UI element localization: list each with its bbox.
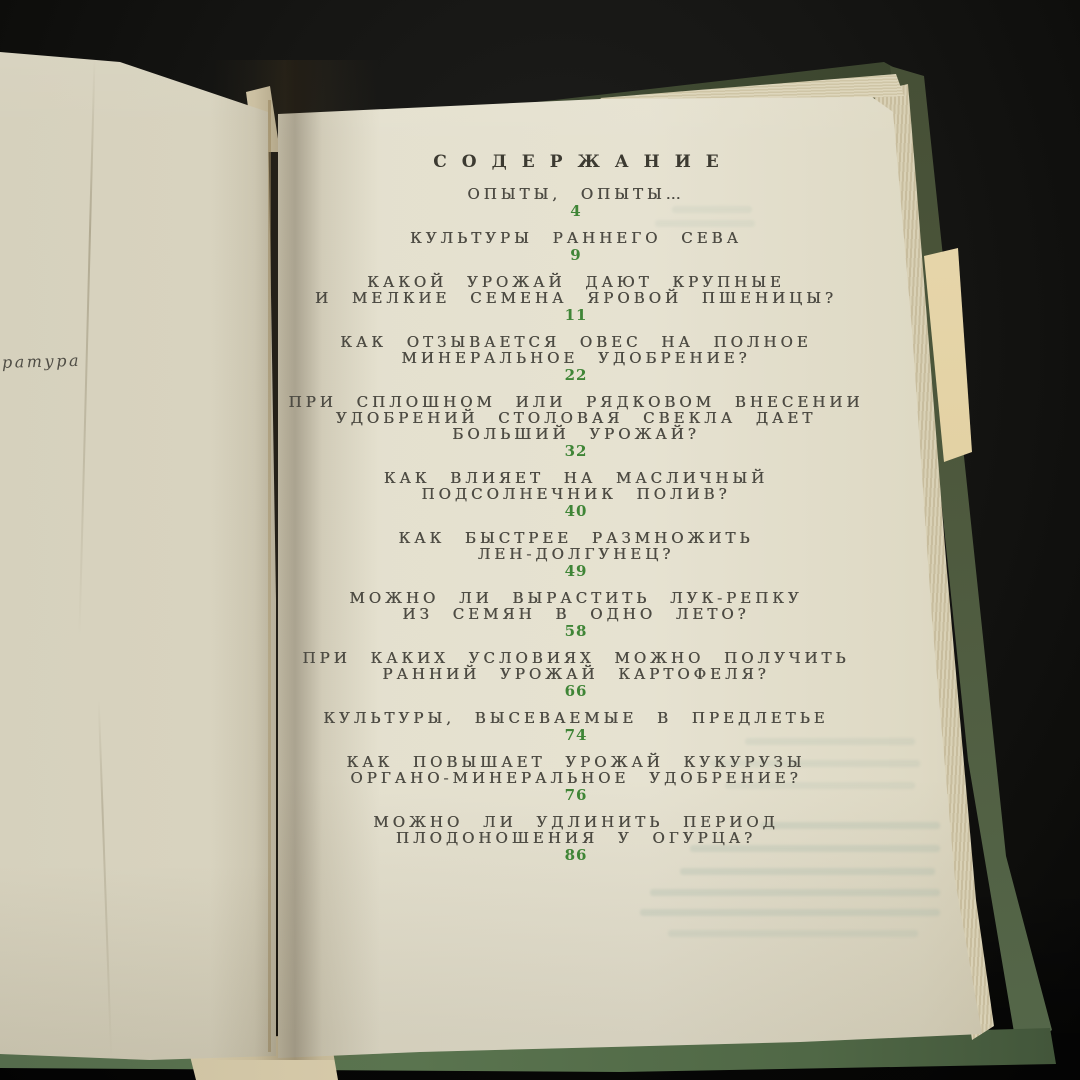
- toc-page-number: 58: [286, 624, 866, 639]
- toc-page-number: 9: [286, 248, 866, 263]
- toc-entry: КАК ПОВЫШАЕТ УРОЖАЙ КУКУРУЗЫОРГАНО-МИНЕР…: [286, 754, 866, 803]
- toc-entry-line: КАК ВЛИЯЕТ НА МАСЛИЧНЫЙ: [286, 470, 866, 486]
- toc-list: ОПЫТЫ, ОПЫТЫ…4КУЛЬТУРЫ РАННЕГО СЕВА9КАКО…: [286, 186, 866, 863]
- toc-entry-line: ПЛОДОНОШЕНИЯ У ОГУРЦА?: [286, 830, 866, 846]
- book-photo: ература СОДЕРЖАНИЕ ОПЫТЫ, ОПЫТЫ…4КУЛЬТУР…: [0, 0, 1080, 1080]
- toc-entry: КУЛЬТУРЫ РАННЕГО СЕВА9: [286, 230, 866, 263]
- toc-entry-line: КАК ПОВЫШАЕТ УРОЖАЙ КУКУРУЗЫ: [286, 754, 866, 770]
- table-of-contents: СОДЕРЖАНИЕ ОПЫТЫ, ОПЫТЫ…4КУЛЬТУРЫ РАННЕГ…: [286, 152, 866, 874]
- toc-entry: КАК БЫСТРЕЕ РАЗМНОЖИТЬЛЕН-ДОЛГУНЕЦ?49: [286, 530, 866, 579]
- toc-entry-line: ОРГАНО-МИНЕРАЛЬНОЕ УДОБРЕНИЕ?: [286, 770, 866, 786]
- toc-entry: ОПЫТЫ, ОПЫТЫ…4: [286, 186, 866, 219]
- toc-page-number: 32: [286, 444, 866, 459]
- toc-entry-line: КАК БЫСТРЕЕ РАЗМНОЖИТЬ: [286, 530, 866, 546]
- toc-page-number: 66: [286, 684, 866, 699]
- toc-entry-line: УДОБРЕНИЙ СТОЛОВАЯ СВЕКЛА ДАЕТ: [286, 410, 866, 426]
- toc-page-number: 49: [286, 564, 866, 579]
- ghost-text-line: [668, 930, 918, 937]
- toc-page-number: 11: [286, 308, 866, 323]
- toc-entry-line: ИЗ СЕМЯН В ОДНО ЛЕТО?: [286, 606, 866, 622]
- page-crease: [78, 56, 95, 636]
- toc-entry: МОЖНО ЛИ ВЫРАСТИТЬ ЛУК-РЕПКУИЗ СЕМЯН В О…: [286, 590, 866, 639]
- toc-entry-line: ЛЕН-ДОЛГУНЕЦ?: [286, 546, 866, 562]
- toc-entry: КАК ВЛИЯЕТ НА МАСЛИЧНЫЙПОДСОЛНЕЧНИК ПОЛИ…: [286, 470, 866, 519]
- toc-entry-line: БОЛЬШИЙ УРОЖАЙ?: [286, 426, 866, 442]
- toc-entry: ПРИ СПЛОШНОМ ИЛИ РЯДКОВОМ ВНЕСЕНИИУДОБРЕ…: [286, 394, 866, 459]
- gutter-page-edge-line: [268, 100, 271, 1052]
- page-title: СОДЕРЖАНИЕ: [286, 152, 866, 172]
- toc-entry-line: ОПЫТЫ, ОПЫТЫ…: [286, 186, 866, 202]
- toc-entry-line: МОЖНО ЛИ ВЫРАСТИТЬ ЛУК-РЕПКУ: [286, 590, 866, 606]
- toc-entry-line: ПОДСОЛНЕЧНИК ПОЛИВ?: [286, 486, 866, 502]
- toc-entry: КАК ОТЗЫВАЕТСЯ ОВЕС НА ПОЛНОЕМИНЕРАЛЬНОЕ…: [286, 334, 866, 383]
- ghost-text-line: [640, 909, 940, 916]
- toc-entry-line: КУЛЬТУРЫ РАННЕГО СЕВА: [286, 230, 866, 246]
- toc-entry-line: МИНЕРАЛЬНОЕ УДОБРЕНИЕ?: [286, 350, 866, 366]
- toc-entry-line: КУЛЬТУРЫ, ВЫСЕВАЕМЫЕ В ПРЕДЛЕТЬЕ: [286, 710, 866, 726]
- toc-entry: ПРИ КАКИХ УСЛОВИЯХ МОЖНО ПОЛУЧИТЬРАННИЙ …: [286, 650, 866, 699]
- toc-page-number: 86: [286, 848, 866, 863]
- toc-entry-line: И МЕЛКИЕ СЕМЕНА ЯРОВОЙ ПШЕНИЦЫ?: [286, 290, 866, 306]
- page-crease: [98, 700, 113, 1060]
- toc-entry: КАКОЙ УРОЖАЙ ДАЮТ КРУПНЫЕИ МЕЛКИЕ СЕМЕНА…: [286, 274, 866, 323]
- toc-page-number: 40: [286, 504, 866, 519]
- toc-entry-line: КАКОЙ УРОЖАЙ ДАЮТ КРУПНЫЕ: [286, 274, 866, 290]
- toc-entry: КУЛЬТУРЫ, ВЫСЕВАЕМЫЕ В ПРЕДЛЕТЬЕ74: [286, 710, 866, 743]
- toc-page-number: 74: [286, 728, 866, 743]
- toc-entry-line: МОЖНО ЛИ УДЛИНИТЬ ПЕРИОД: [286, 814, 866, 830]
- toc-entry-line: ПРИ СПЛОШНОМ ИЛИ РЯДКОВОМ ВНЕСЕНИИ: [286, 394, 866, 410]
- toc-entry: МОЖНО ЛИ УДЛИНИТЬ ПЕРИОДПЛОДОНОШЕНИЯ У О…: [286, 814, 866, 863]
- ghost-text-line: [650, 889, 940, 896]
- left-page-text-fragment: ература: [0, 351, 81, 372]
- toc-page-number: 76: [286, 788, 866, 803]
- toc-page-number: 22: [286, 368, 866, 383]
- toc-page-number: 4: [286, 204, 866, 219]
- toc-entry-line: КАК ОТЗЫВАЕТСЯ ОВЕС НА ПОЛНОЕ: [286, 334, 866, 350]
- toc-entry-line: РАННИЙ УРОЖАЙ КАРТОФЕЛЯ?: [286, 666, 866, 682]
- toc-entry-line: ПРИ КАКИХ УСЛОВИЯХ МОЖНО ПОЛУЧИТЬ: [286, 650, 866, 666]
